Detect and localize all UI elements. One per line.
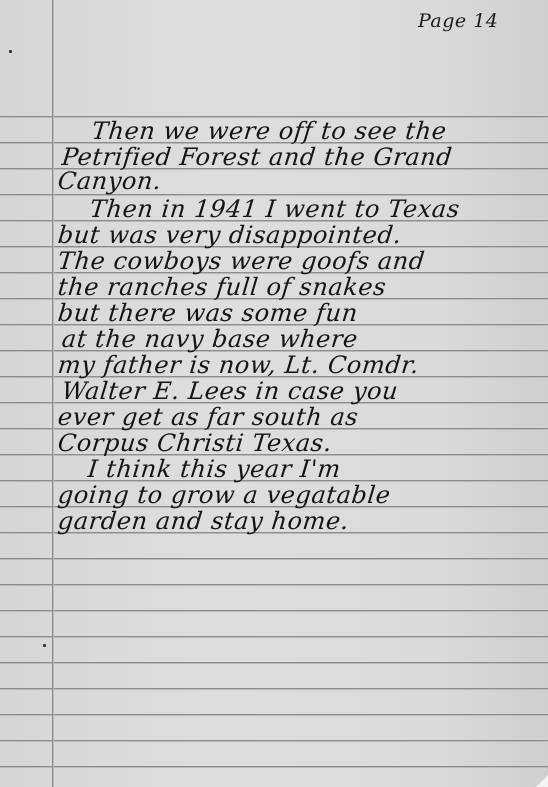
ruled-line <box>0 740 548 741</box>
text-line: Then in 1941 I went to Texas <box>89 196 462 222</box>
page-corner <box>536 775 548 787</box>
text-line: Then we were off to see the <box>91 118 448 144</box>
text-line: I think this year I'm <box>87 456 343 482</box>
ruled-line <box>0 584 548 585</box>
text-line: my father is now, Lt. Comdr. <box>57 352 421 378</box>
page-number: Page 14 <box>418 10 498 32</box>
text-line: the ranches full of snakes <box>57 274 388 300</box>
text-line: going to grow a vegatable <box>57 482 392 508</box>
ruled-line <box>0 558 548 559</box>
notebook-page: Page 14 Then we were off to see the Petr… <box>0 0 548 787</box>
ruled-line <box>0 688 548 689</box>
margin-dot <box>9 50 12 53</box>
ruled-line <box>0 766 548 767</box>
text-line: Corpus Christi Texas. <box>57 430 334 456</box>
text-line: The cowboys were goofs and <box>57 248 427 274</box>
text-line: ever get as far south as <box>57 404 360 430</box>
text-line: but was very disappointed. <box>57 222 403 248</box>
text-line: garden and stay home. <box>57 508 351 534</box>
ruled-line <box>0 636 548 637</box>
text-line: Canyon. <box>57 168 163 194</box>
text-line: at the navy base where <box>61 326 360 352</box>
margin-line <box>52 0 53 787</box>
margin-dot <box>43 644 46 647</box>
ruled-line <box>0 610 548 611</box>
ruled-line <box>0 714 548 715</box>
text-line: but there was some fun <box>57 300 360 326</box>
text-line: Walter E. Lees in case you <box>61 378 400 404</box>
ruled-line <box>0 662 548 663</box>
